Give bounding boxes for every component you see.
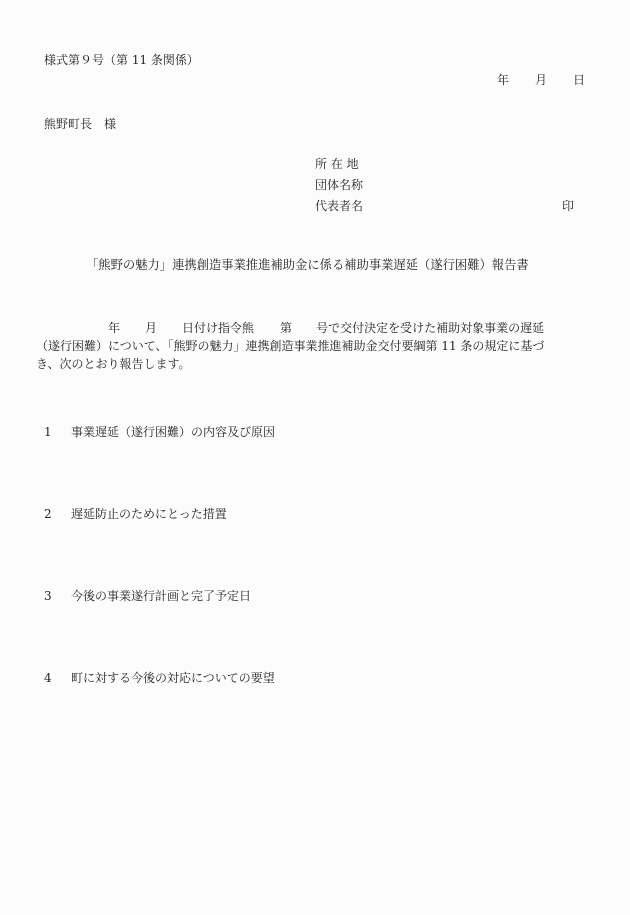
applicant-representative-row: 代表者名 印: [315, 197, 585, 218]
section-number: 1: [44, 424, 71, 441]
body-month: 月: [145, 321, 157, 335]
seal-mark: 印: [562, 197, 574, 216]
applicant-block: 所 在 地 団体名称 代表者名 印: [315, 155, 585, 218]
day-label: 日: [573, 72, 585, 89]
addressee: 熊野町長 様: [44, 116, 116, 133]
body-line-3: き、次のとおり報告します。: [36, 355, 596, 373]
date-line: 年月日: [497, 72, 585, 89]
section-item-1: 1事業遅延（遂行困難）の内容及び原因: [44, 424, 275, 441]
month-label: 月: [535, 72, 547, 89]
body-line1-rest: 号で交付決定を受けた補助対象事業の遅延: [316, 321, 544, 335]
section-number: 2: [44, 506, 71, 523]
section-label: 遅延防止のためにとった措置: [71, 507, 227, 521]
section-item-4: 4町に対する今後の対応についての要望: [44, 670, 275, 687]
year-label: 年: [497, 72, 509, 89]
body-dai: 第: [280, 321, 292, 335]
applicant-organization-row: 団体名称: [315, 176, 585, 197]
section-number: 3: [44, 588, 71, 605]
address-label: 所 在 地: [315, 157, 359, 171]
section-item-2: 2遅延防止のためにとった措置: [44, 506, 227, 523]
section-label: 町に対する今後の対応についての要望: [71, 671, 275, 685]
body-year: 年: [108, 321, 120, 335]
applicant-address-row: 所 在 地: [315, 155, 585, 176]
section-label: 今後の事業遂行計画と完了予定日: [71, 589, 251, 603]
body-day-text: 日付け指令熊: [182, 321, 254, 335]
section-label: 事業遅延（遂行困難）の内容及び原因: [71, 425, 275, 439]
section-number: 4: [44, 670, 71, 687]
body-paragraph: 年月日付け指令熊第号で交付決定を受けた補助対象事業の遅延 （遂行困難）について、…: [36, 319, 596, 373]
representative-name-label: 代表者名: [315, 199, 363, 213]
body-line-1: 年月日付け指令熊第号で交付決定を受けた補助対象事業の遅延: [36, 319, 596, 337]
document-title: 「熊野の魅力」連携創造事業推進補助金に係る補助事業遅延（遂行困難）報告書: [86, 257, 529, 274]
body-line-2: （遂行困難）について、「熊野の魅力」連携創造事業推進補助金交付要綱第 11 条の…: [36, 337, 596, 355]
organization-name-label: 団体名称: [315, 178, 363, 192]
form-number: 様式第９号（第 11 条関係）: [44, 52, 199, 69]
section-item-3: 3今後の事業遂行計画と完了予定日: [44, 588, 251, 605]
